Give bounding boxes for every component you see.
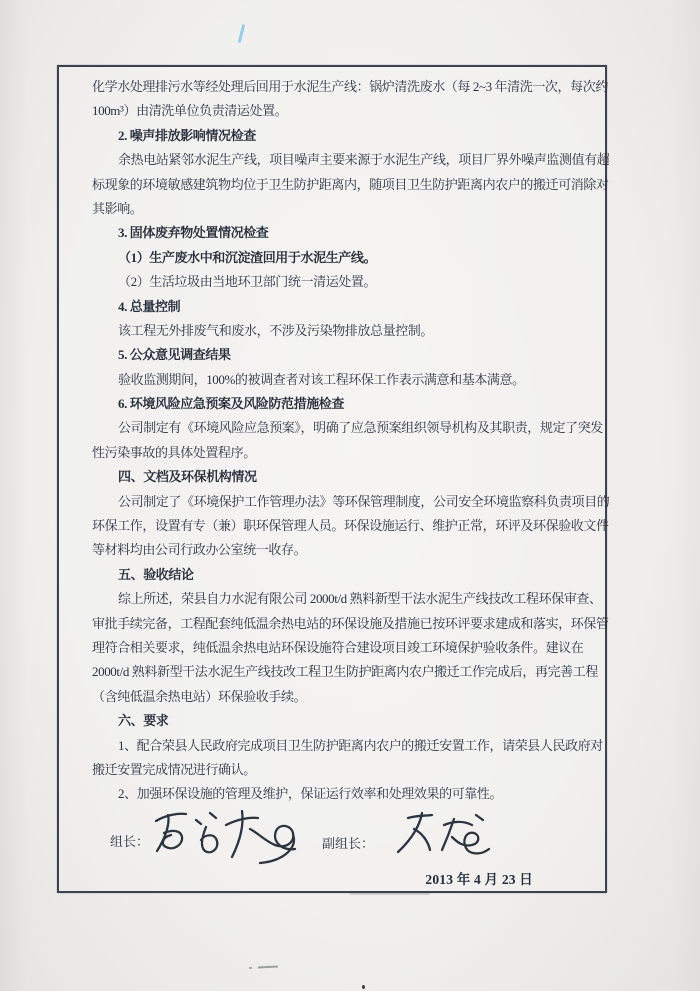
doc-line: 化学水处理排污水等经处理后回用于水泥生产线：锅炉清洗废水（每 2~3 年清洗一次… <box>92 75 595 99</box>
document-body: 化学水处理排污水等经处理后回用于水泥生产线：锅炉清洗废水（每 2~3 年清洗一次… <box>59 67 605 891</box>
leader-label: 组长： <box>110 831 149 850</box>
doc-line: 环保工作，设置有专（兼）职环保管理人员。环保设施运行、维护正常，环评及环保验收文… <box>92 514 595 538</box>
doc-section-six-heading: 六、要求 <box>92 709 595 733</box>
doc-line: 公司制定有《环境风险应急预案》，明确了应急预案组织领导机构及其职责，规定了突发 <box>92 416 595 440</box>
doc-line: （1）生产废水中和沉淀渣回用于水泥生产线。 <box>92 246 595 270</box>
scan-artifact-smudge <box>350 893 430 895</box>
doc-heading-total-control: 4. 总量控制 <box>92 295 595 319</box>
signature-row: 组长： 副组长： <box>92 809 595 867</box>
doc-heading-risk-plan: 6. 环境风险应急预案及风险防范措施检查 <box>92 392 595 416</box>
doc-line: 2000t/d 熟料新型干法水泥生产线技改工程卫生防护距离内农户搬迁工作完成后，… <box>92 660 595 684</box>
doc-heading-public-opinion: 5. 公众意见调查结果 <box>92 343 595 367</box>
doc-line: 该工程无外排废气和废水，不涉及污染物排放总量控制。 <box>92 319 595 343</box>
doc-line: 100m³）由清洗单位负责清运处置。 <box>92 99 595 123</box>
scan-artifact-dash <box>258 965 278 968</box>
doc-line: 公司制定了《环境保护工作管理办法》等环保管理制度，公司安全环境监察科负责项目的 <box>92 490 595 514</box>
scan-artifact-blue-slash <box>238 24 245 43</box>
doc-line: （含纯低温余热电站）环保验收手续。 <box>92 685 595 709</box>
doc-line: 等材料均由公司行政办公室统一收存。 <box>92 538 595 562</box>
doc-line: 搬迁安置完成情况进行确认。 <box>92 758 595 782</box>
doc-line: （2）生活垃圾由当地环卫部门统一清运处置。 <box>92 270 595 294</box>
scan-artifact-dot <box>362 985 365 989</box>
doc-line: 审批手续完备，工程配套纯低温余热电站的环保设施及措施已按环评要求建成和落实，环保… <box>92 612 595 636</box>
deputy-label: 副组长： <box>322 833 374 852</box>
doc-line: 2、加强环保设施的管理及维护，保证运行效率和处理效果的可靠性。 <box>92 782 595 806</box>
document-border: 化学水处理排污水等经处理后回用于水泥生产线：锅炉清洗废水（每 2~3 年清洗一次… <box>57 65 607 893</box>
leader-signature <box>150 805 320 867</box>
doc-section-five-heading: 五、验收结论 <box>92 563 595 587</box>
doc-line: 其影响。 <box>92 197 595 221</box>
doc-line: 理符合相关要求，纯低温余热电站环保设施符合建设项目竣工环境保护验收条件。建议在 <box>92 636 595 660</box>
doc-line: 综上所述，荣县自力水泥有限公司 2000t/d 熟料新型干法水泥生产线技改工程环… <box>92 587 595 611</box>
document-date: 2013 年 4 月 23 日 <box>92 871 595 889</box>
doc-line: 验收监测期间，100%的被调查者对该工程环保工作表示满意和基本满意。 <box>92 368 595 392</box>
doc-line: 1、配合荣县人民政府完成项目卫生防护距离内农户的搬迁安置工作，请荣县人民政府对 <box>92 734 595 758</box>
doc-heading-noise-check: 2. 噪声排放影响情况检查 <box>92 124 595 148</box>
doc-heading-solid-waste: 3. 固体废弃物处置情况检查 <box>92 221 595 245</box>
deputy-signature <box>388 809 506 863</box>
doc-line: 余热电站紧邻水泥生产线，项目噪声主要来源于水泥生产线，项目厂界外噪声监测值有超 <box>92 148 595 172</box>
doc-line: 性污染事故的具体处置程序。 <box>92 441 595 465</box>
doc-line: 标现象的环境敏感建筑物均位于卫生防护距离内，随项目卫生防护距离内农户的搬迁可消除… <box>92 173 595 197</box>
doc-section-four-heading: 四、文档及环保机构情况 <box>92 465 595 489</box>
